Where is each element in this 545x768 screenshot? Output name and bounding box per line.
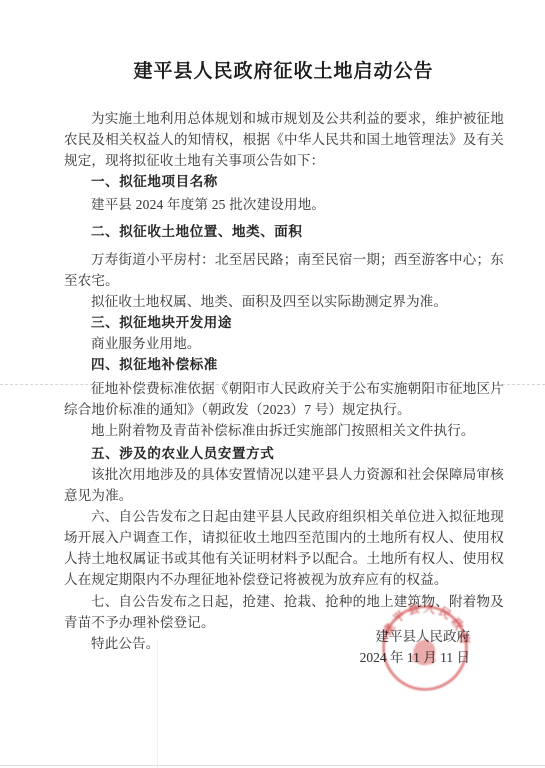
section-heading-3: 三、拟征地块开发用途 — [64, 312, 504, 333]
section-heading-1: 一、拟征地项目名称 — [64, 171, 504, 192]
section-2-text-a: 万寿街道小平房村：北至居民路；南至民宿一期；西至游客中心；东至农宅。 — [64, 249, 504, 291]
section-heading-4: 四、拟征地补偿标准 — [64, 354, 504, 375]
scan-artifact-line — [0, 384, 545, 385]
section-1-text: 建平县 2024 年度第 25 批次建设用地。 — [64, 194, 504, 215]
scanned-announcement-page: 建平县人民政府征收土地启动公告 为实施土地利用总体规划和城市规划及公共利益的要求… — [0, 0, 545, 768]
issuer-name: 建平县人民政府 — [360, 626, 470, 647]
page-title: 建平县人民政府征收土地启动公告 — [64, 56, 503, 83]
intro-paragraph: 为实施土地利用总体规划和城市规划及公共利益的要求，维护被征地农民及相关权益人的知… — [64, 108, 504, 171]
page-bottom-edge — [0, 765, 545, 766]
section-5-text: 该批次用地涉及的具体安置情况以建平县人力资源和社会保障局审核意见为准。 — [64, 464, 504, 506]
section-heading-5: 五、涉及的农业人员安置方式 — [64, 443, 504, 464]
section-heading-2: 二、拟征收土地位置、地类、面积 — [64, 221, 504, 242]
section-6-paragraph: 六、自公告发布之日起由建平县人民政府组织相关单位进入拟征地现场开展入户调查工作，… — [64, 506, 504, 590]
section-4-text-b: 地上附着物及青苗补偿标准由拆迁实施部门按照相关文件执行。 — [64, 420, 504, 441]
section-2-text-b: 拟征收土地权属、地类、面积及四至以实际勘测定界为准。 — [64, 291, 504, 312]
document-body: 为实施土地利用总体规划和城市规划及公共利益的要求，维护被征地农民及相关权益人的知… — [64, 108, 504, 654]
section-3-text: 商业服务业用地。 — [64, 333, 504, 354]
issue-date: 2024 年 11 月 11 日 — [360, 647, 470, 668]
signature-block: 建平县人民政府 2024 年 11 月 11 日 — [360, 626, 470, 668]
scan-crease — [157, 640, 158, 768]
